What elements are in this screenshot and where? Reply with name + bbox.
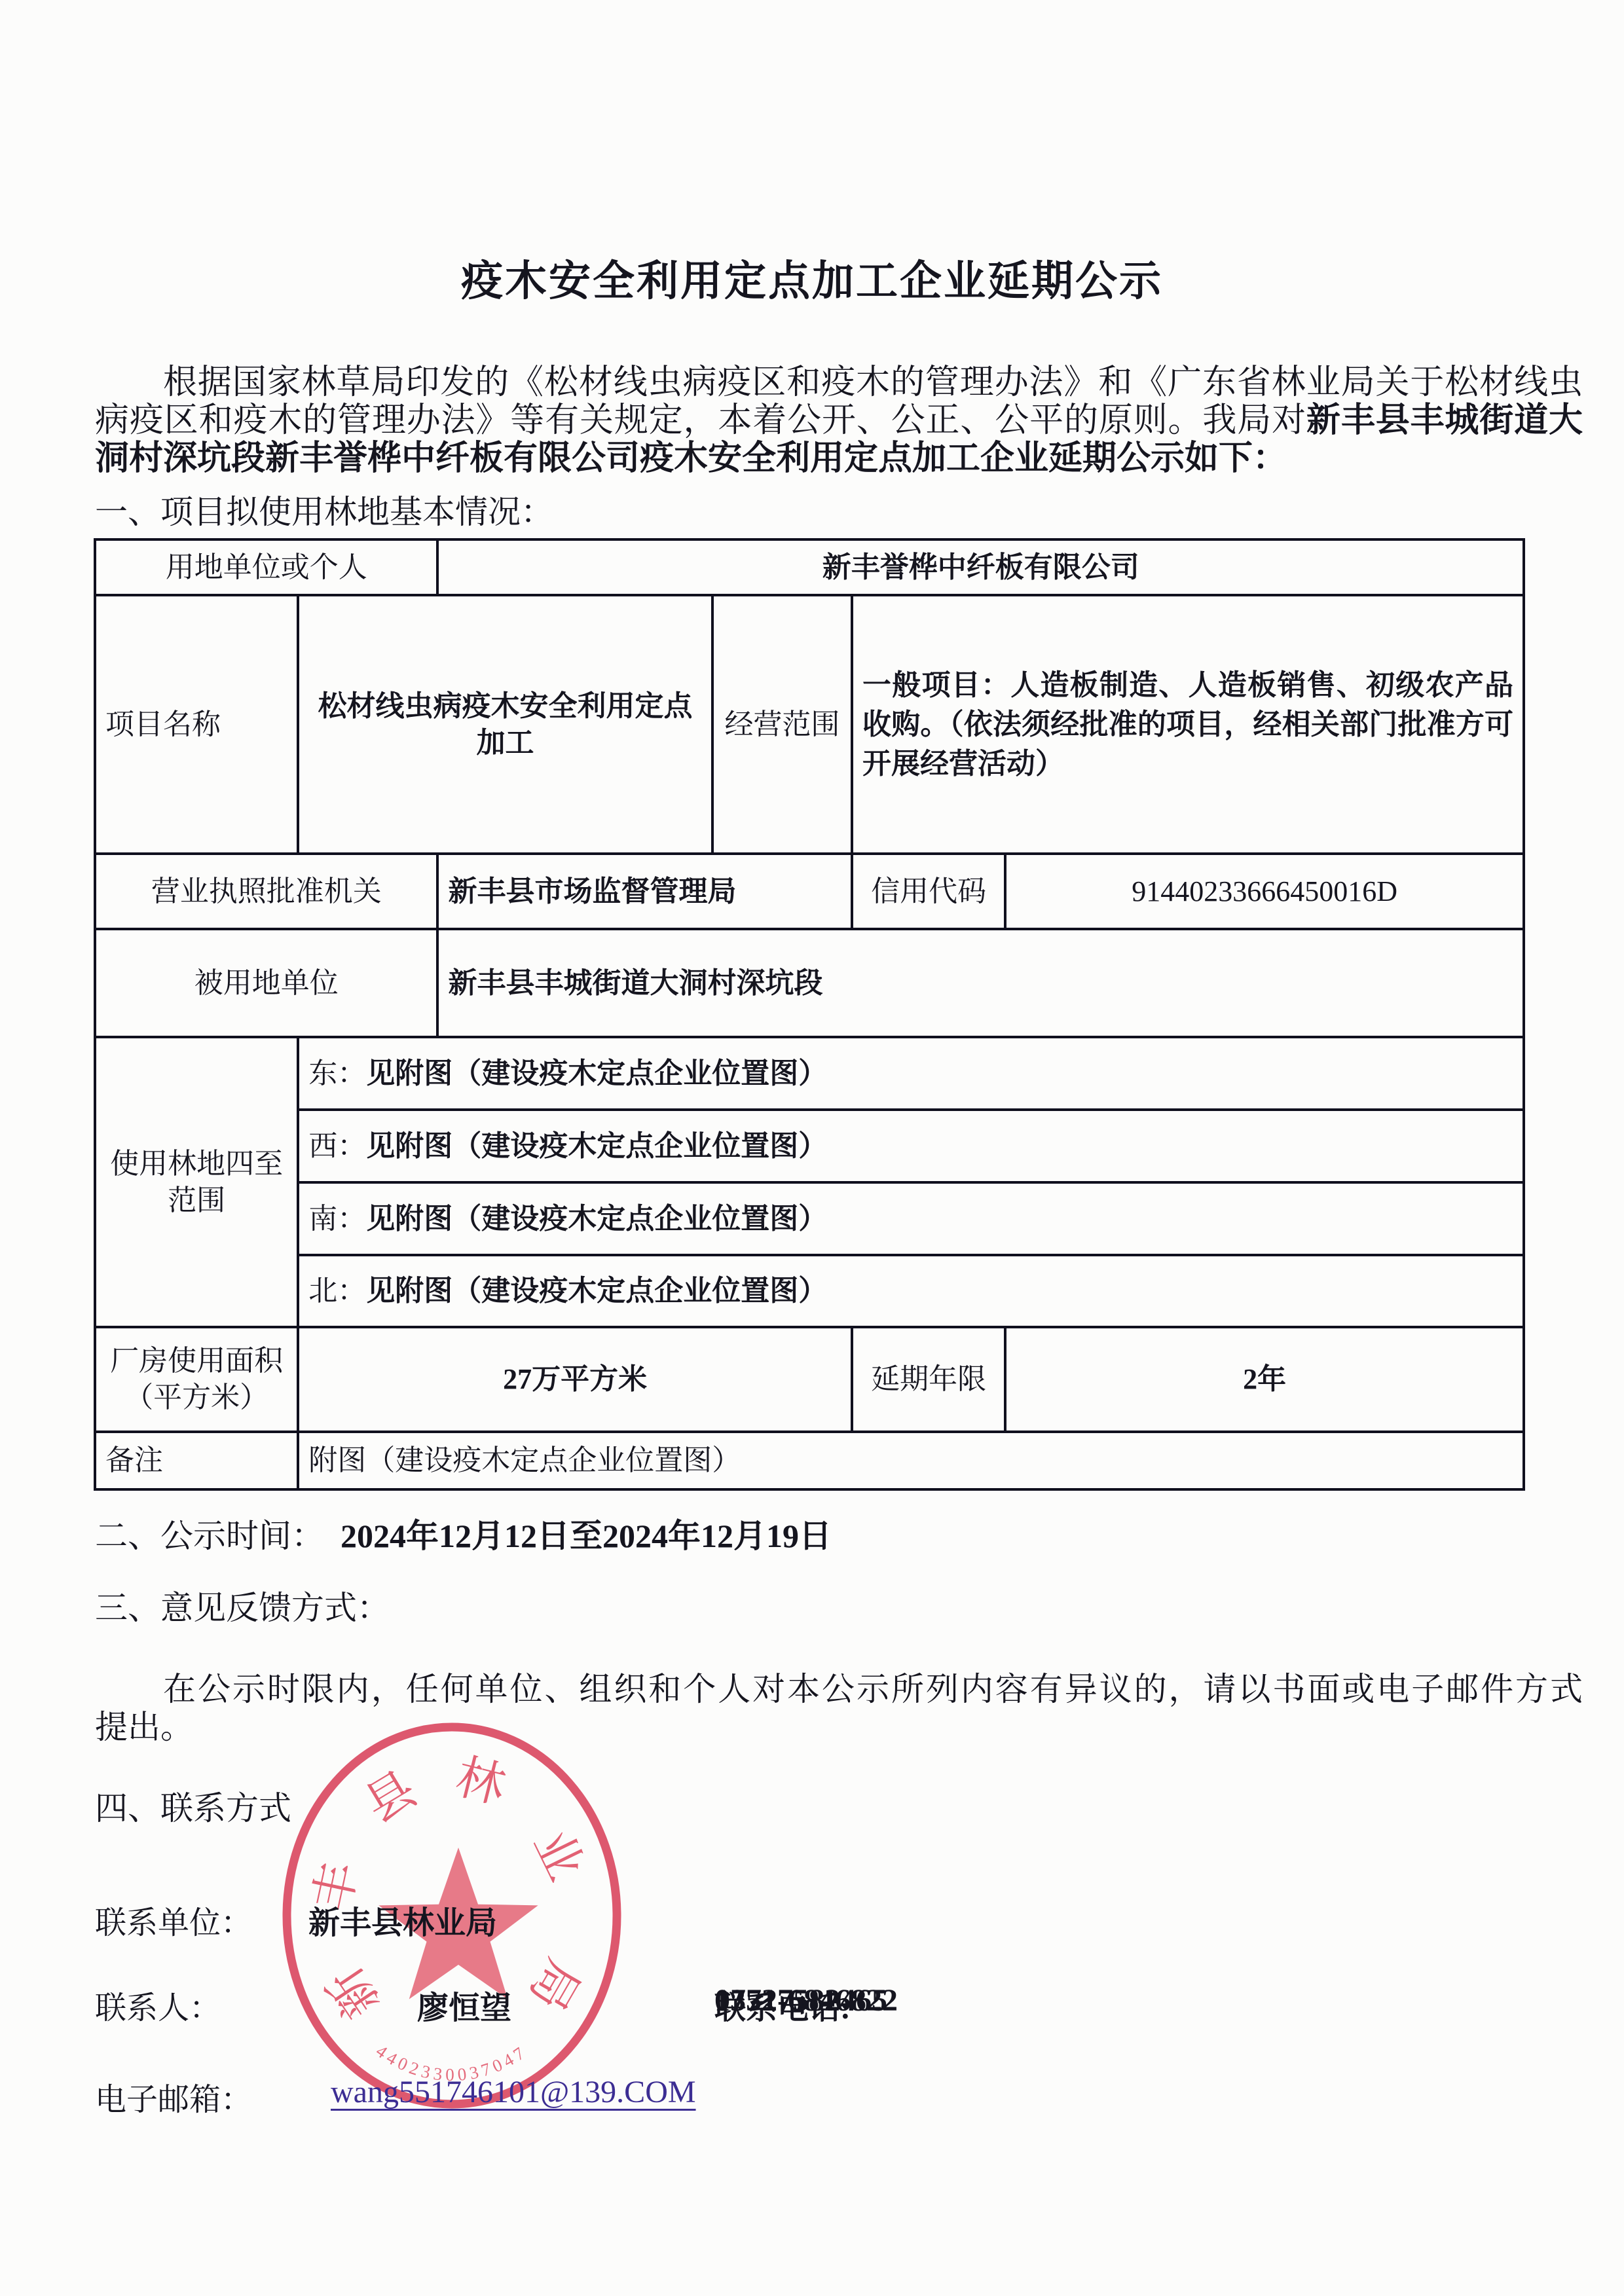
contact-person-line: 联系人： 廖恒望 联系电话:0751-684682213727582465 <box>0 1982 1624 2028</box>
contact-unit-label: 联系单位： <box>95 1897 252 1942</box>
section2-publicity-time: 二、公示时间： 2024年12月12日至2024年12月19日 <box>0 1510 1624 1556</box>
table-row-area: 厂房使用面积（平方米） 27万平方米 延期年限 2年 <box>95 1327 1524 1432</box>
boundary-west-prefix: 西： <box>308 1130 366 1162</box>
boundary-north-prefix: 北： <box>308 1275 366 1307</box>
contact-email-value: wang551746101@139.COM <box>331 2074 696 2110</box>
intro-line-2: 病疫区和疫木的管理办法》等有关规定，本着公开、公正、公平的原则。我局对新丰县丰城… <box>95 402 1583 440</box>
project-info-table: 用地单位或个人 新丰誉桦中纤板有限公司 项目名称 松材线虫病疫木安全利用定点加工… <box>94 538 1525 1491</box>
page-title: 疫木安全利用定点加工企业延期公示 <box>0 247 1624 308</box>
section2-heading: 二、公示时间： <box>95 1510 324 1557</box>
section3-heading: 三、意见反馈方式： <box>95 1582 390 1629</box>
cell-used-land-value: 新丰县丰城街道大洞村深坑段 <box>437 929 1524 1037</box>
boundary-south-value: 见附图（建设疫木定点企业位置图） <box>366 1203 827 1235</box>
table-row-remark: 备注 附图（建设疫木定点企业位置图） <box>95 1432 1524 1489</box>
cell-area-label: 厂房使用面积（平方米） <box>95 1327 298 1432</box>
section3-line-1: 在公示时限内，任何单位、组织和个人对本公示所列内容有异议的，请以书面或电子邮件方… <box>95 1670 1583 1708</box>
seal-char: 林 <box>451 1750 511 1813</box>
contact-email-label: 电子邮箱： <box>95 2074 252 2119</box>
cell-area-value: 27万平方米 <box>298 1327 852 1432</box>
seal-char: 业 <box>523 1822 593 1889</box>
cell-boundary-label: 使用林地四至范围 <box>95 1037 298 1327</box>
cell-license-value: 新丰县市场监督管理局 <box>437 854 852 929</box>
section3-line-2: 提出。 <box>95 1708 1583 1746</box>
contact-unit-line: 联系单位： 新丰县林业局 <box>0 1897 1624 1943</box>
cell-boundary-east: 东：见附图（建设疫木定点企业位置图） <box>298 1037 1524 1110</box>
section1-heading: 一、项目拟使用林地基本情况： <box>95 486 553 533</box>
publicity-date-range: 2024年12月12日至2024年12月19日 <box>341 1510 832 1557</box>
cell-extension-value: 2年 <box>1005 1327 1524 1432</box>
table-row-land-user: 用地单位或个人 新丰誉桦中纤板有限公司 <box>95 539 1524 595</box>
seal-char: 县 <box>356 1762 426 1833</box>
intro-line-2-bold: 新丰县丰城街道大 <box>1306 402 1583 439</box>
cell-used-land-label: 被用地单位 <box>95 929 437 1037</box>
cell-extension-label: 延期年限 <box>852 1327 1005 1432</box>
contact-email-line: 电子邮箱： wang551746101@139.COM <box>0 2074 1624 2120</box>
boundary-south-prefix: 南： <box>308 1203 366 1235</box>
table-row-license: 营业执照批准机关 新丰县市场监督管理局 信用代码 914402336664500… <box>95 854 1524 929</box>
cell-scope-value: 一般项目：人造板制造、人造板销售、初级农产品收购。（依法须经批准的项目，经相关部… <box>852 595 1524 854</box>
boundary-east-prefix: 东： <box>308 1057 366 1089</box>
cell-license-label: 营业执照批准机关 <box>95 854 437 929</box>
contact-unit-value: 新丰县林业局 <box>308 1897 497 1942</box>
cell-boundary-south: 南：见附图（建设疫木定点企业位置图） <box>298 1182 1524 1255</box>
boundary-east-value: 见附图（建设疫木定点企业位置图） <box>366 1057 827 1089</box>
cell-scope-label: 经营范围 <box>712 595 852 854</box>
table-row-boundary-east: 使用林地四至范围 东：见附图（建设疫木定点企业位置图） <box>95 1037 1524 1110</box>
contact-person-value: 廖恒望 <box>417 1982 511 2028</box>
intro-line-2-normal: 病疫区和疫木的管理办法》等有关规定，本着公开、公正、公平的原则。我局对 <box>95 402 1306 439</box>
contact-phone-number-2: 13727582465 <box>714 1982 887 2018</box>
cell-remark-label: 备注 <box>95 1432 298 1489</box>
intro-line-3: 洞村深坑段新丰誉桦中纤板有限公司疫木安全利用定点加工企业延期公示如下： <box>95 440 1583 478</box>
table-row-used-land: 被用地单位 新丰县丰城街道大洞村深坑段 <box>95 929 1524 1037</box>
boundary-west-value: 见附图（建设疫木定点企业位置图） <box>366 1130 827 1162</box>
intro-paragraph: 根据国家林草局印发的《松材线虫病疫区和疫木的管理办法》和《广东省林业局关于松材线… <box>95 364 1583 478</box>
cell-project-label: 项目名称 <box>95 595 298 854</box>
intro-line-1: 根据国家林草局印发的《松材线虫病疫区和疫木的管理办法》和《广东省林业局关于松材线… <box>95 364 1583 402</box>
cell-land-user-label: 用地单位或个人 <box>95 539 437 595</box>
cell-land-user-value: 新丰誉桦中纤板有限公司 <box>437 539 1524 595</box>
cell-project-value: 松材线虫病疫木安全利用定点加工 <box>298 595 712 854</box>
section3-paragraph: 在公示时限内，任何单位、组织和个人对本公示所列内容有异议的，请以书面或电子邮件方… <box>95 1670 1583 1746</box>
cell-credit-value: 91440233666450016D <box>1005 854 1524 929</box>
cell-credit-label: 信用代码 <box>852 854 1005 929</box>
cell-remark-value: 附图（建设疫木定点企业位置图） <box>298 1432 1524 1489</box>
section4-heading: 四、联系方式 <box>95 1782 291 1829</box>
boundary-north-value: 见附图（建设疫木定点企业位置图） <box>366 1275 827 1307</box>
contact-person-label: 联系人： <box>95 1982 221 2028</box>
cell-boundary-west: 西：见附图（建设疫木定点企业位置图） <box>298 1110 1524 1182</box>
table-row-boundary-west: 西：见附图（建设疫木定点企业位置图） <box>95 1110 1524 1182</box>
cell-boundary-north: 北：见附图（建设疫木定点企业位置图） <box>298 1255 1524 1327</box>
table-row-boundary-south: 南：见附图（建设疫木定点企业位置图） <box>95 1182 1524 1255</box>
table-row-boundary-north: 北：见附图（建设疫木定点企业位置图） <box>95 1255 1524 1327</box>
table-row-project: 项目名称 松材线虫病疫木安全利用定点加工 经营范围 一般项目：人造板制造、人造板… <box>95 595 1524 854</box>
